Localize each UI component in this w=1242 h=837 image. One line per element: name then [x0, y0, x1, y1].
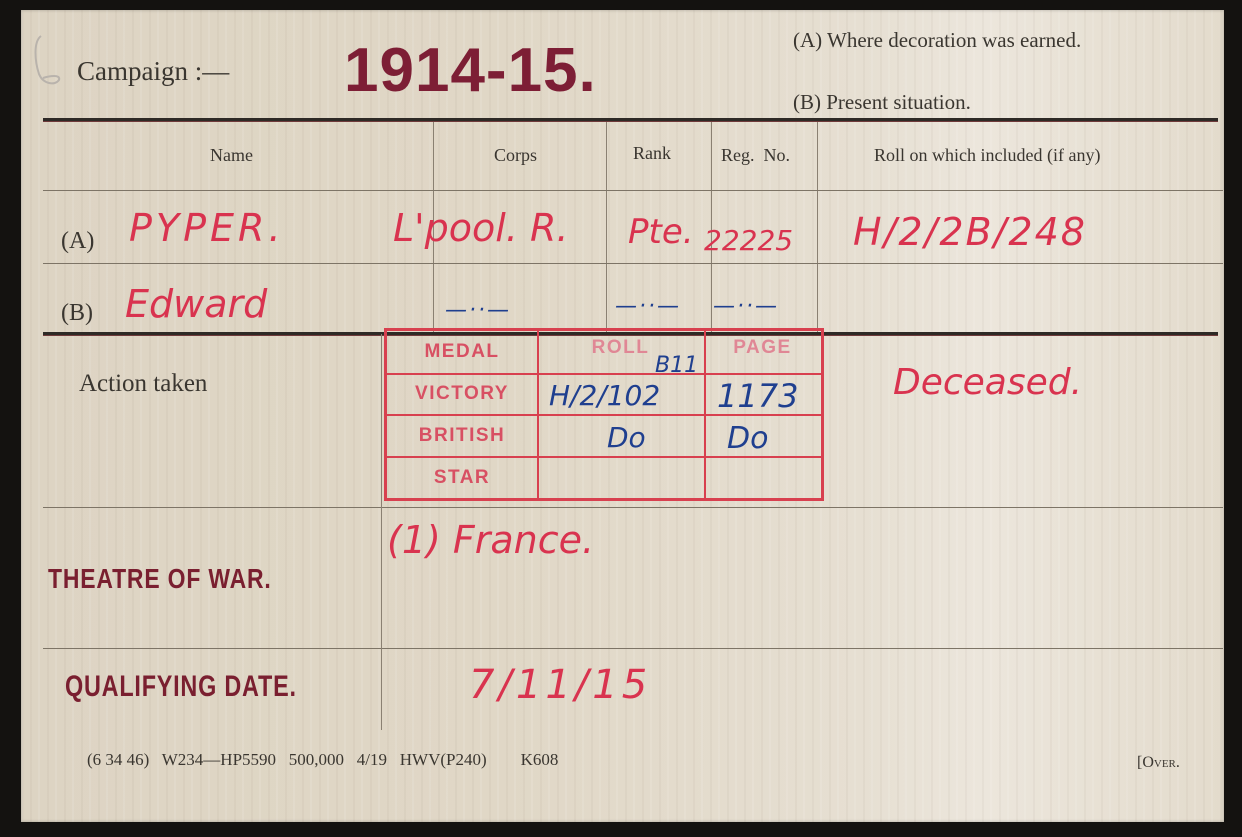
- divider: [387, 373, 821, 375]
- row-a-prefix: (A): [61, 228, 94, 255]
- divider: [43, 263, 1223, 264]
- column-header-reg-no: Reg. No.: [721, 145, 790, 166]
- divider: [381, 334, 382, 730]
- row-a-name: PYPER.: [129, 206, 285, 250]
- legend-a: (A) Where decoration was earned.: [793, 28, 1081, 53]
- medal-british: BRITISH: [387, 425, 537, 447]
- column-header-corps: Corps: [494, 145, 537, 166]
- qualifying-date-label: QUALIFYING DATE.: [65, 670, 297, 704]
- action-taken-label: Action taken: [79, 370, 207, 398]
- divider: [43, 507, 1223, 508]
- qualifying-date-value: 7/11/15: [469, 662, 651, 708]
- row-b-prefix: (B): [61, 300, 93, 327]
- row-b-reg-no: —··—: [713, 294, 779, 319]
- row-a-reg-no: 22225: [704, 224, 793, 257]
- column-header-name: Name: [210, 145, 253, 166]
- victory-page: 1173: [717, 377, 798, 415]
- divider: [43, 648, 1223, 649]
- over-marker: [Over.: [1137, 754, 1180, 772]
- divider: [43, 190, 1223, 191]
- column-header-roll: Roll on which included (if any): [874, 145, 1100, 166]
- british-roll: Do: [607, 421, 646, 454]
- row-a-roll: H/2/2B/248: [853, 210, 1087, 254]
- legend-b: (B) Present situation.: [793, 90, 971, 115]
- header-rule: [43, 118, 1218, 121]
- campaign-label: Campaign :—: [77, 56, 229, 87]
- divider: [817, 122, 818, 334]
- victory-roll: H/2/102: [549, 379, 660, 412]
- medal-index-card: Campaign :— 1914-15. (A) Where decoratio…: [21, 10, 1224, 822]
- medal-star: STAR: [387, 467, 537, 489]
- medal-victory: VICTORY: [387, 383, 537, 405]
- row-a-rank: Pte.: [628, 212, 694, 252]
- victory-roll-sup: B11: [655, 353, 698, 378]
- divider: [387, 456, 821, 458]
- action-taken-note: Deceased.: [893, 362, 1082, 403]
- british-page: Do: [727, 421, 768, 456]
- page-header: PAGE: [704, 337, 821, 359]
- row-b-name: Edward: [125, 282, 267, 326]
- theatre-of-war-label: THEATRE OF WAR.: [48, 563, 272, 595]
- row-b-corps: —··—: [445, 298, 511, 323]
- footer-print-code: (6 34 46) W234—HP5590 500,000 4/19 HWV(P…: [87, 750, 558, 770]
- row-a-corps: L'pool. R.: [393, 206, 568, 250]
- medal-roll-stamp: MEDAL ROLL PAGE VICTORY BRITISH STAR H/2…: [384, 328, 824, 501]
- row-b-rank: —··—: [615, 294, 681, 319]
- pencil-mark-icon: [29, 32, 65, 92]
- divider: [606, 122, 607, 334]
- column-header-rank: Rank: [633, 143, 671, 164]
- medal-header: MEDAL: [387, 341, 537, 363]
- theatre-of-war-value: (1) France.: [387, 518, 594, 562]
- campaign-year-stamp: 1914-15.: [344, 35, 597, 106]
